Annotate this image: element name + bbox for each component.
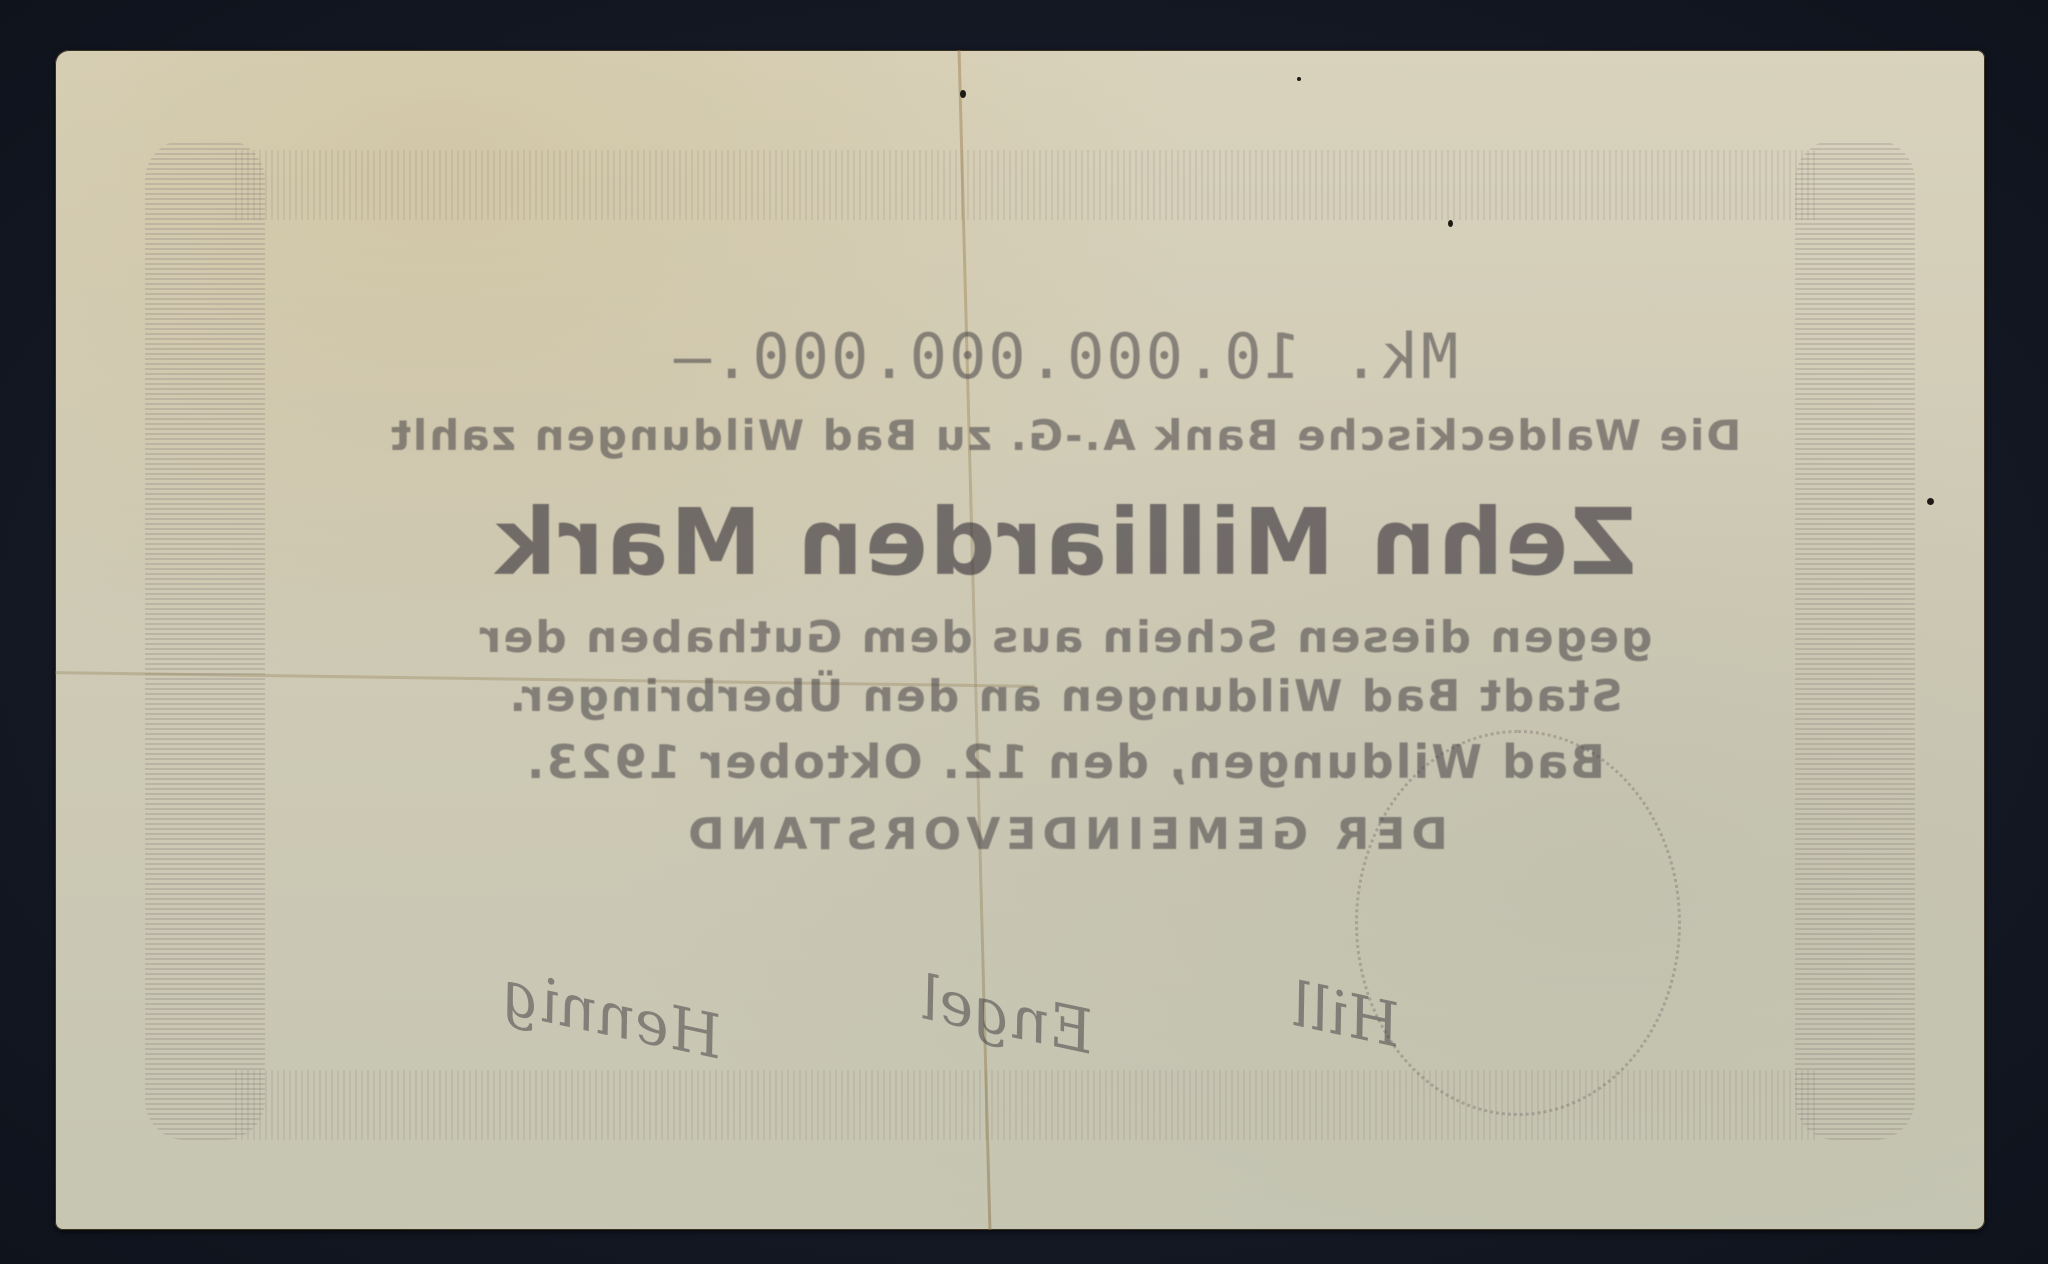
guilloche-border-right bbox=[1795, 140, 1915, 1140]
ink-speck bbox=[960, 90, 966, 98]
denomination-text: Zehn Milliarden Mark bbox=[325, 490, 1805, 596]
mirrored-text-block: Mk. 10.000.000.000.– Die Waldeckische Ba… bbox=[325, 320, 1805, 860]
banknote-reverse: Mk. 10.000.000.000.– Die Waldeckische Ba… bbox=[55, 50, 1985, 1230]
signature-2: Engel bbox=[903, 963, 1100, 1117]
ink-speck bbox=[1448, 220, 1453, 227]
board-text: DER GEMEINDEVORSTAND bbox=[325, 809, 1805, 860]
guilloche-border-top bbox=[235, 150, 1815, 220]
amount-text: Mk. 10.000.000.000.– bbox=[325, 320, 1805, 393]
ink-speck bbox=[1297, 77, 1301, 81]
ink-speck bbox=[1927, 498, 1934, 505]
guilloche-border-left bbox=[145, 140, 265, 1140]
date-line: Bad Wildungen, den 12. Oktober 1923. bbox=[325, 735, 1805, 789]
signature-3: Hennig bbox=[485, 958, 728, 1122]
terms-line-1: gegen diesen Schein aus dem Guthaben der bbox=[325, 608, 1805, 667]
signatures-row: Hill Engel Hennig bbox=[495, 980, 1395, 1100]
signature-1: Hill bbox=[1274, 970, 1406, 1110]
terms-line-2: Stadt Bad Wildungen an den Überbringer. bbox=[325, 667, 1805, 726]
issuer-text: Die Waldeckische Bank A.-G. zu Bad Wildu… bbox=[325, 411, 1805, 460]
